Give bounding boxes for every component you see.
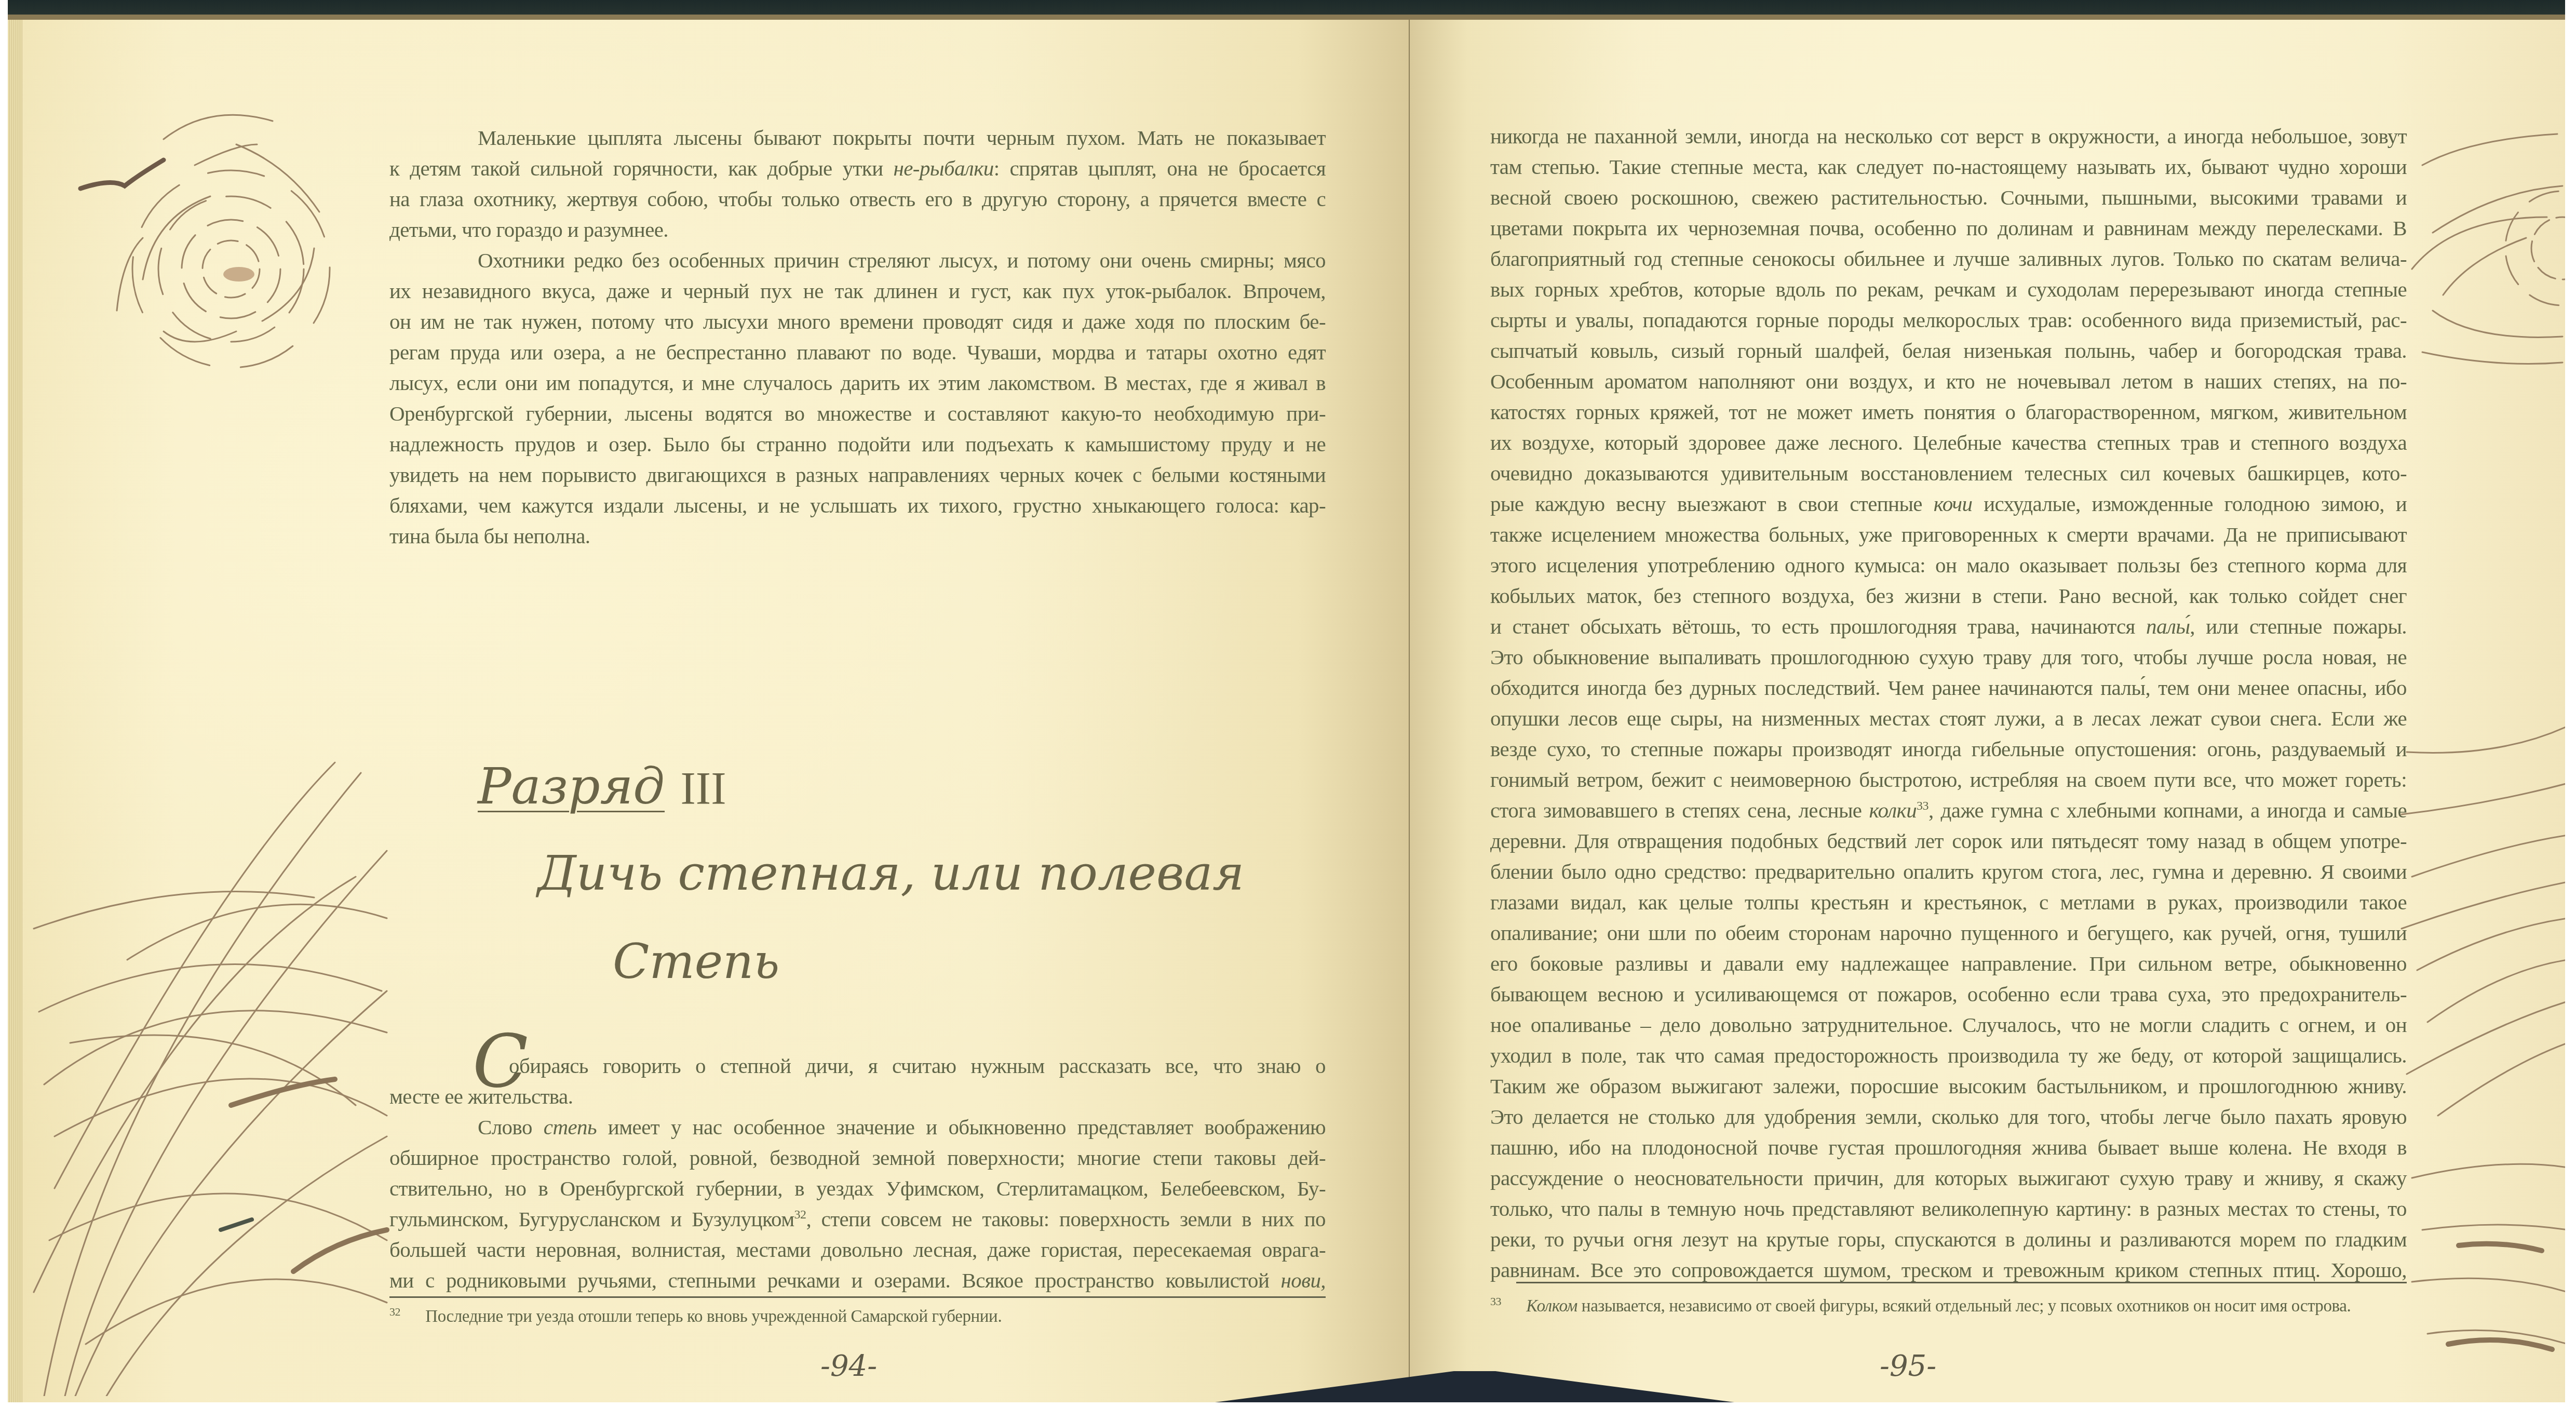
text-line: рассуждение о неосновательности причин, …	[1490, 1163, 2407, 1194]
footnote-text: Последние три уезда отошли теперь ко вно…	[425, 1307, 1002, 1326]
text-line: он им не так нужен, потому что лысухи мн…	[389, 306, 1326, 337]
subchapter-title: Степь	[613, 934, 779, 989]
text-line: лысух, если они им попадутся, и мне случ…	[389, 368, 1326, 398]
text-line: там степью. Такие степные места, как сле…	[1490, 152, 2407, 182]
category-number: III	[681, 763, 726, 814]
swirl-sky-bird-illustration	[39, 61, 376, 373]
text-line: Маленькие цыплята лысены бывают покрыты …	[389, 123, 1326, 153]
footnote-divider	[1516, 1282, 2407, 1283]
text-line: этого исцеления употреблению одного кумы…	[1490, 550, 2407, 581]
footnote-divider	[389, 1296, 1326, 1298]
text-line: их незавидного вкуса, даже и черный пух …	[389, 276, 1326, 306]
left-page: Маленькие цыплята лысены бывают покрыты …	[8, 20, 1410, 1402]
text-line: уходил в поле, так что самая предосторож…	[1490, 1040, 2407, 1071]
text-line: надлежность прудов и озер. Было бы стран…	[389, 429, 1326, 460]
chapter-title: Дичь степная, или полевая	[537, 846, 1244, 901]
text-line: ми с родниковыми ручьями, степными речка…	[389, 1265, 1326, 1296]
bird-icon	[80, 160, 164, 189]
text-line: его боковые разливы и давали ему надлежа…	[1490, 948, 2407, 979]
book-spread-scan: Маленькие цыплята лысены бывают покрыты …	[0, 0, 2576, 1421]
text-line: равнинам. Все это сопровождается шумом, …	[1490, 1255, 2407, 1285]
text-line: Таким же образом выжигают залежи, поросш…	[1490, 1071, 2407, 1102]
footnote-number: 33	[1490, 1295, 1501, 1308]
text-line: их воздухе, который здоровее даже лесног…	[1490, 427, 2407, 458]
text-line: Слово степь имеет у нас особенное значен…	[389, 1112, 1326, 1143]
book-cover-top-edge	[8, 0, 2565, 21]
text-line: Оренбургской губернии, лысены водятся во…	[389, 398, 1326, 429]
swirl-sky-illustration	[2391, 61, 2565, 373]
text-line: гонимый ветром, бежит с неимоверною быст…	[1490, 765, 2407, 795]
text-line: опаливание; они шли по обеим сторонам на…	[1490, 918, 2407, 948]
text-line: сырты и увалы, попадаются горные породы …	[1490, 305, 2407, 336]
text-line: пашню, ибо на плодоносной почве густая п…	[1490, 1132, 2407, 1163]
page-number: -94-	[820, 1349, 877, 1383]
text-line: Охотники редко без особенных причин стре…	[389, 245, 1326, 276]
footnote-32: 32Последние три уезда отошли теперь ко в…	[389, 1305, 1002, 1326]
right-page-text: никогда не паханной земли, иногда на нес…	[1490, 121, 2407, 1285]
category-label: Разряд	[478, 757, 665, 815]
text-line: глазами видал, как целые толпы крестьян …	[1490, 887, 2407, 918]
text-line: цветами покрыта их черноземная почва, ос…	[1490, 213, 2407, 244]
text-line: блении было одно средство: предварительн…	[1490, 856, 2407, 887]
text-line: очевидно доказываются удивительным восст…	[1490, 458, 2407, 489]
text-line: бляхами, чем кажутся издали лысены, и не…	[389, 490, 1326, 521]
text-line: ствительно, но в Оренбургской губернии, …	[389, 1173, 1326, 1204]
right-page: никогда не паханной земли, иногда на нес…	[1410, 20, 2565, 1402]
text-line: реки, то ручьи огня лезут на крутые горы…	[1490, 1224, 2407, 1255]
feather-grass-illustration	[23, 721, 397, 1396]
text-line: вых горных хребтов, которые вдоль по рек…	[1490, 274, 2407, 305]
text-line: сыпчатый ковыль, сизый горный шалфей, бе…	[1490, 336, 2407, 366]
text-line: обширное пространство голой, ровной, без…	[389, 1143, 1326, 1173]
text-line: тина была бы неполна.	[389, 521, 1326, 552]
text-line: благоприятный год степные сенокосы обиль…	[1490, 244, 2407, 274]
text-line: рые каждую весну выезжают в свои степные…	[1490, 489, 2407, 519]
footnote-number: 32	[389, 1305, 400, 1318]
text-line: деревни. Для отвращения подобных бедстви…	[1490, 826, 2407, 856]
text-line: весной своею роскошною, свежею раститель…	[1490, 182, 2407, 213]
footnote-text: называется, независимо от своей фигуры, …	[1577, 1297, 2351, 1316]
text-line: только, что палы в темную ночь представл…	[1490, 1194, 2407, 1224]
text-line: также исцелением множества больных, уже …	[1490, 519, 2407, 550]
page-edges	[8, 20, 22, 1402]
text-line: кобыльих маток, без степного воздуха, бе…	[1490, 581, 2407, 611]
text-line: на глаза охотнику, жертвуя собою, чтобы …	[389, 184, 1326, 215]
footnote-term: Колком	[1526, 1297, 1577, 1316]
text-line: Это делается не столько для удобрения зе…	[1490, 1102, 2407, 1132]
text-line: везде сухо, то степные пожары производят…	[1490, 734, 2407, 765]
text-line: обираясь говорить о степной дичи, я счит…	[389, 1051, 1326, 1081]
text-line: обходится иногда без дурных последствий.…	[1490, 673, 2407, 703]
text-line: никогда не паханной земли, иногда на нес…	[1490, 121, 2407, 152]
left-page-top-text: Маленькие цыплята лысены бывают покрыты …	[389, 123, 1326, 552]
feather-grass-illustration	[2396, 710, 2565, 1386]
text-line: большей части неровная, волнистая, места…	[389, 1235, 1326, 1265]
text-line: регам пруда или озера, а не беспрестанно…	[389, 337, 1326, 368]
text-line: бывающем весною и усиливающемся от пожар…	[1490, 979, 2407, 1010]
left-page-bottom-text: обираясь говорить о степной дичи, я счит…	[389, 1051, 1326, 1296]
text-line: Это обыкновение выпаливать прошлогоднюю …	[1490, 642, 2407, 673]
page-number: -95-	[1880, 1349, 1936, 1383]
category-heading: Разряд III	[478, 757, 726, 815]
footnote-33: 33Колком называется, независимо от своей…	[1490, 1295, 2351, 1316]
text-line: катостях горных кряжей, тот не может име…	[1490, 397, 2407, 427]
text-line: стога зимовавшего в степях сена, лесные …	[1490, 795, 2407, 826]
text-line: месте ее жительства.	[389, 1081, 1326, 1112]
text-line: увидеть на нем порывисто двигающихся в р…	[389, 460, 1326, 490]
text-line: опушки лесов еще сыры, на низменных мест…	[1490, 703, 2407, 734]
text-line: и станет обсыхать вётошь, то есть прошло…	[1490, 611, 2407, 642]
text-line: Особенным ароматом наполняют они воздух,…	[1490, 366, 2407, 397]
text-line: к детям такой сильной горячности, как до…	[389, 153, 1326, 184]
text-line: гульминском, Бугурусланском и Бузулуцком…	[389, 1204, 1326, 1235]
text-line: детьми, что гораздо и разумнее.	[389, 215, 1326, 245]
text-line: ное опаливанье – дело довольно затруднит…	[1490, 1010, 2407, 1040]
